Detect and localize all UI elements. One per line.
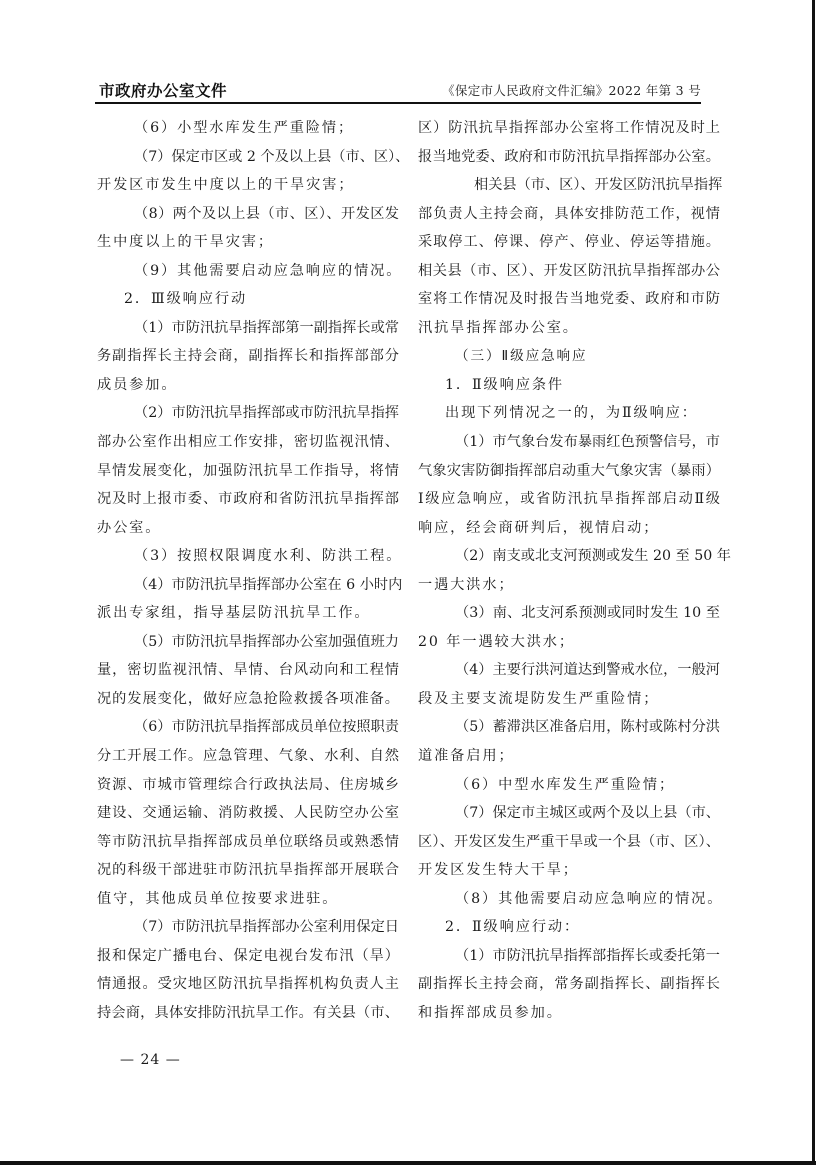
text-line: 情通报。受灾地区防汛抗旱指挥机构负责人主 <box>97 970 399 999</box>
document-page: 市政府办公室文件 《保定市人民政府文件汇编》2022 年第 3 号 （6）小型水… <box>0 0 816 1165</box>
text-line: 况及时上报市委、市政府和省防汛抗旱指挥部 <box>97 485 399 514</box>
text-line: 1．Ⅱ级响应条件 <box>418 371 720 400</box>
text-line: （7）市防汛抗旱指挥部办公室利用保定日 <box>97 913 399 942</box>
text-line: 量，密切监视汛情、旱情、台风动向和工程情 <box>97 656 399 685</box>
text-line: 值守，其他成员单位按要求进驻。 <box>97 885 399 914</box>
text-line: 派出专家组，指导基层防汛抗旱工作。 <box>97 599 399 628</box>
text-line: 建设、交通运输、消防救援、人民防空办公室 <box>97 799 399 828</box>
scan-edge-bottom <box>0 1161 816 1165</box>
text-line: 段及主要支流堤防发生严重险情； <box>418 685 720 714</box>
text-line: 旱情发展变化，加强防汛抗旱工作指导，将情 <box>97 457 399 486</box>
header-right-title: 《保定市人民政府文件汇编》2022 年第 3 号 <box>442 81 701 99</box>
text-line: （2）南支或北支河预测或发生 20 至 50 年 <box>418 542 720 571</box>
text-line: （8）其他需要启动应急响应的情况。 <box>418 885 720 914</box>
text-line: （3）南、北支河系预测或同时发生 10 至 <box>418 599 720 628</box>
text-line: （6）小型水库发生严重险情； <box>97 114 399 143</box>
text-line: 报当地党委、政府和市防汛抗旱指挥部办公室。 <box>418 143 720 172</box>
text-line: 务副指挥长主持会商，副指挥长和指挥部部分 <box>97 342 399 371</box>
text-line: （5）市防汛抗旱指挥部办公室加强值班力 <box>97 628 399 657</box>
text-line: 响应，经会商研判后，视情启动； <box>418 514 720 543</box>
text-line: 采取停工、停课、停产、停业、停运等措施。 <box>418 228 720 257</box>
text-line: 区）防汛抗旱指挥部办公室将工作情况及时上 <box>418 114 720 143</box>
text-line: 开发区市发生中度以上的干旱灾害； <box>97 171 399 200</box>
text-line: （三）Ⅱ级应急响应 <box>418 342 720 371</box>
text-line: （9）其他需要启动应急响应的情况。 <box>97 257 399 286</box>
text-line: （1）市气象台发布暴雨红色预警信号，市 <box>418 428 720 457</box>
text-line: （1）市防汛抗旱指挥部第一副指挥长或常 <box>97 314 399 343</box>
text-line: 出现下列情况之一的，为Ⅱ级响应： <box>418 399 720 428</box>
text-line: （3）按照权限调度水利、防洪工程。 <box>97 542 399 571</box>
text-line: 部办公室作出相应工作安排，密切监视汛情、 <box>97 428 399 457</box>
text-line: 20 年一遇较大洪水； <box>418 628 720 657</box>
text-line: 开发区发生特大干旱； <box>418 856 720 885</box>
text-line: 等市防汛抗旱指挥部成员单位联络员或熟悉情 <box>97 828 399 857</box>
left-column: （6）小型水库发生严重险情；（7）保定市区或 2 个及以上县（市、区）、开发区市… <box>97 114 399 1028</box>
text-line: 持会商，具体安排防汛抗旱工作。有关县（市、 <box>97 999 399 1028</box>
text-line: 部负责人主持会商，具体安排防范工作，视情 <box>418 200 720 229</box>
text-line: 室将工作情况及时报告当地党委、政府和市防 <box>418 285 720 314</box>
right-column: 区）防汛抗旱指挥部办公室将工作情况及时上报当地党委、政府和市防汛抗旱指挥部办公室… <box>418 114 720 1028</box>
text-line: 和指挥部成员参加。 <box>418 999 720 1028</box>
text-line: 汛抗旱指挥部办公室。 <box>418 314 720 343</box>
text-line: 相关县（市、区）、开发区防汛抗旱指挥部办公 <box>418 257 720 286</box>
header-rule <box>95 102 701 104</box>
text-line: 道准备启用； <box>418 742 720 771</box>
text-line: 气象灾害防御指挥部启动重大气象灾害（暴雨） <box>418 457 720 486</box>
text-line: （2）市防汛抗旱指挥部或市防汛抗旱指挥 <box>97 399 399 428</box>
text-line: （4）市防汛抗旱指挥部办公室在 6 小时内 <box>97 571 399 600</box>
text-line: 相关县（市、区）、开发区防汛抗旱指挥 <box>418 171 720 200</box>
text-line: （6）中型水库发生严重险情； <box>418 771 720 800</box>
text-line: （4）主要行洪河道达到警戒水位，一般河 <box>418 656 720 685</box>
text-line: 成员参加。 <box>97 371 399 400</box>
scan-edge-right <box>812 0 815 1165</box>
text-line: 一遇大洪水； <box>418 571 720 600</box>
text-line: （6）市防汛抗旱指挥部成员单位按照职责 <box>97 713 399 742</box>
text-line: 副指挥长主持会商，常务副指挥长、副指挥长 <box>418 970 720 999</box>
text-line: （7）保定市区或 2 个及以上县（市、区）、 <box>97 143 399 172</box>
text-line: （1）市防汛抗旱指挥部指挥长或委托第一 <box>418 942 720 971</box>
text-line: 分工开展工作。应急管理、气象、水利、自然 <box>97 742 399 771</box>
text-line: 2．Ⅲ级响应行动 <box>97 285 399 314</box>
text-line: （8）两个及以上县（市、区）、开发区发 <box>97 200 399 229</box>
text-line: 资源、市城市管理综合行政执法局、住房城乡 <box>97 771 399 800</box>
text-line: 况的科级干部进驻市防汛抗旱指挥部开展联合 <box>97 856 399 885</box>
text-line: 2．Ⅱ级响应行动： <box>418 913 720 942</box>
text-line: 报和保定广播电台、保定电视台发布汛（旱） <box>97 942 399 971</box>
header-left-title: 市政府办公室文件 <box>99 79 227 101</box>
text-line: 办公室。 <box>97 514 399 543</box>
page-number: — 24 — <box>120 1052 181 1068</box>
text-line: 生中度以上的干旱灾害； <box>97 228 399 257</box>
text-line: 区）、开发区发生严重干旱或一个县（市、区）、 <box>418 828 720 857</box>
text-line: Ⅰ级应急响应，或省防汛抗旱指挥部启动Ⅱ级 <box>418 485 720 514</box>
text-line: 况的发展变化，做好应急抢险救援各项准备。 <box>97 685 399 714</box>
text-line: （7）保定市主城区或两个及以上县（市、 <box>418 799 720 828</box>
running-header: 市政府办公室文件 《保定市人民政府文件汇编》2022 年第 3 号 <box>95 78 701 100</box>
text-line: （5）蓄滞洪区准备启用，陈村或陈村分洪 <box>418 713 720 742</box>
